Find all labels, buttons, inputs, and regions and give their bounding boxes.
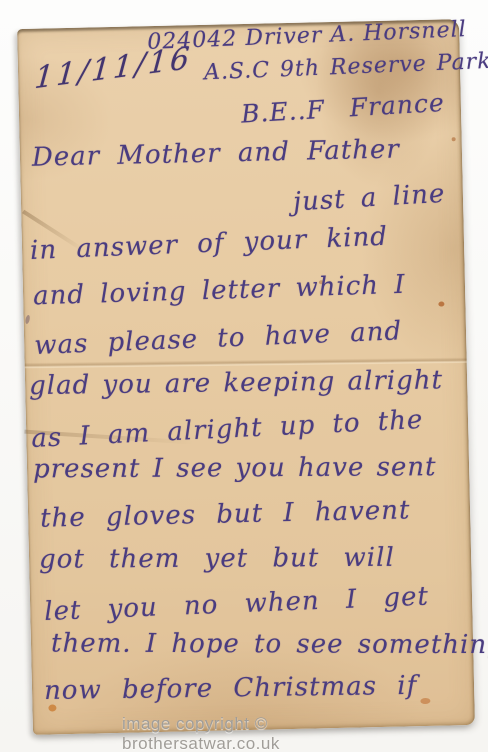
- body-line: was please to have and: [34, 316, 403, 361]
- letter-scan: 11/11/16 024042 Driver A. Horsnell A.S.C…: [0, 0, 488, 752]
- address-line-unit: A.S.C 9th Reserve Park: [204, 49, 488, 86]
- body-line: in answer of your kind: [30, 222, 389, 266]
- body-line: the gloves but I havent: [40, 495, 411, 533]
- body-line: now before Christmas if: [44, 671, 418, 706]
- body-line: as I am alright up to the: [31, 405, 424, 454]
- paper-stain: [420, 698, 430, 704]
- paper-stain: [25, 315, 31, 325]
- body-line: present I see you have sent: [33, 452, 437, 484]
- paper-stain: [438, 301, 444, 306]
- body-line: just a line: [292, 179, 446, 218]
- body-line: let you no when I get: [44, 582, 430, 627]
- letter-paper: 11/11/16 024042 Driver A. Horsnell A.S.C…: [17, 19, 475, 735]
- body-line: and loving letter which I: [33, 270, 406, 312]
- address-line-location: B.E..F France: [240, 88, 445, 129]
- paper-stain: [452, 137, 456, 141]
- copyright-watermark: image copyright © brothersatwar.co.uk: [122, 714, 366, 752]
- body-line: glad you are keeping alright: [29, 365, 443, 401]
- address-line-service-number: 024042 Driver A. Horsnell: [147, 17, 467, 55]
- body-line: them. I hope to see something: [51, 629, 488, 661]
- body-line: got them yet but will: [39, 543, 395, 575]
- salutation: Dear Mother and Father: [32, 134, 401, 172]
